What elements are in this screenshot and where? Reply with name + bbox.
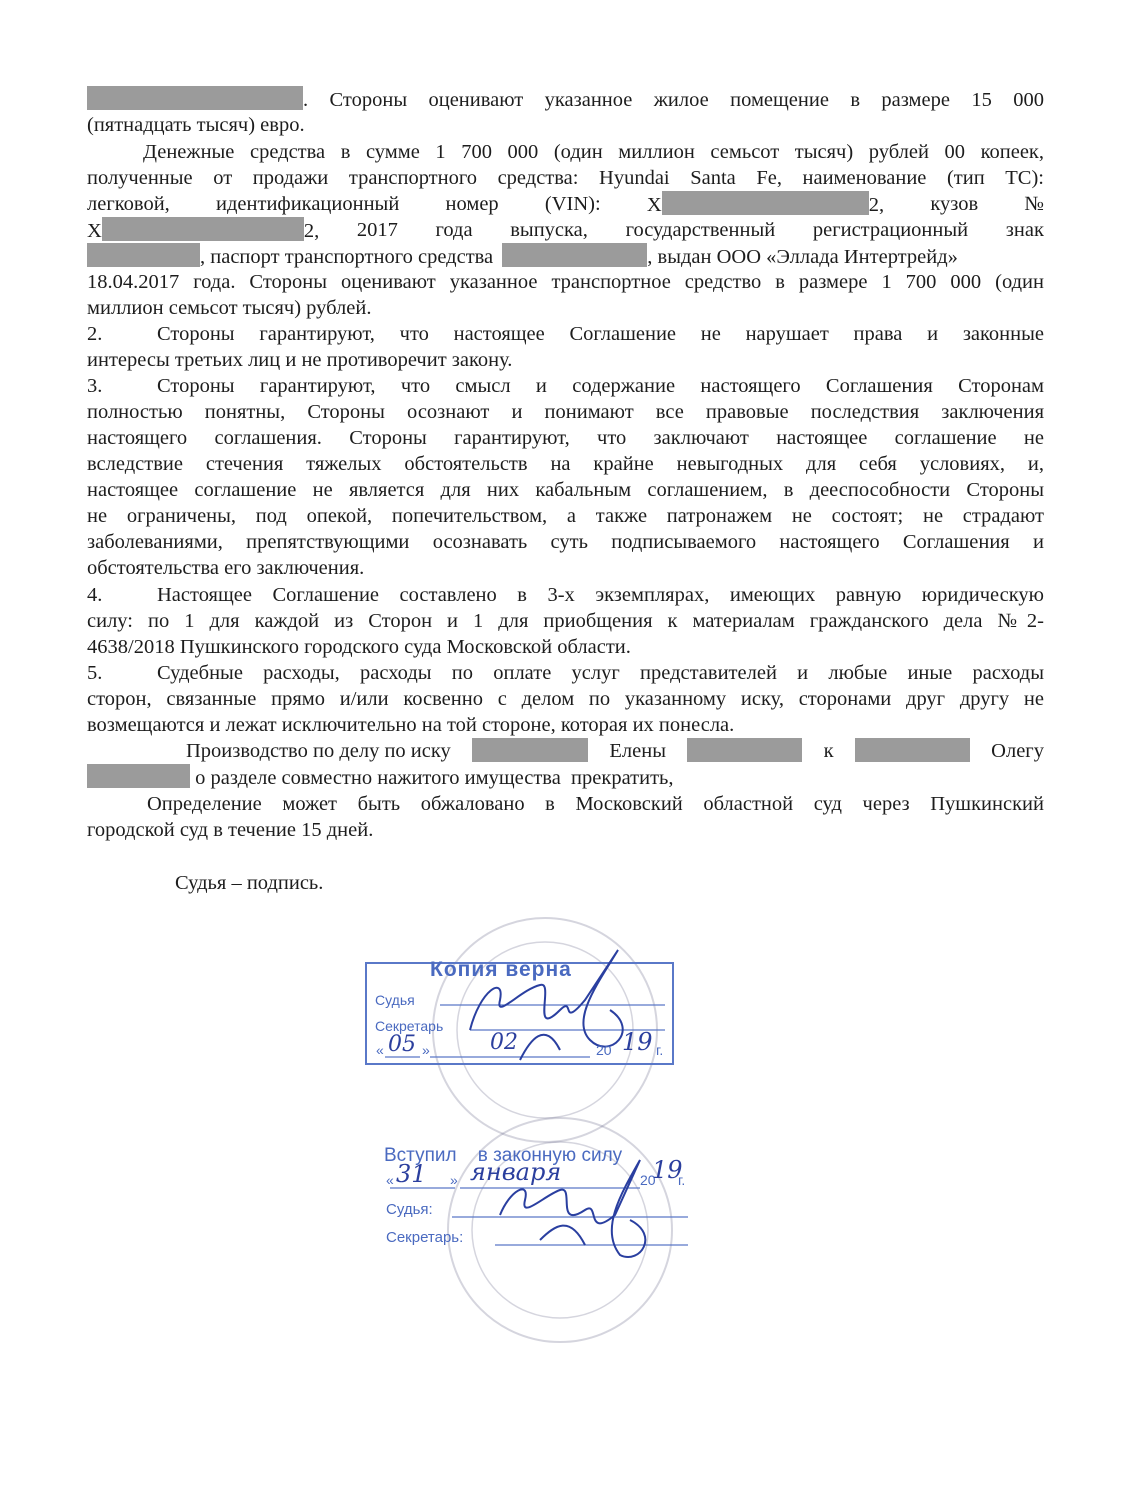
copy-stamp-day: 05 <box>388 1032 416 1057</box>
copy-stamp-open-quote: « <box>376 1042 384 1058</box>
effective-stamp-close-quote: » <box>450 1172 458 1188</box>
copy-stamp-judge-label: Судья <box>375 992 415 1008</box>
court-seal-icons <box>0 0 1125 1500</box>
effective-stamp-month: января <box>470 1158 561 1186</box>
copy-stamp-year-unit: г. <box>656 1042 663 1058</box>
copy-stamp-year-prefix: 20 <box>596 1042 612 1058</box>
effective-stamp-open-quote: « <box>386 1172 394 1188</box>
effective-stamp-secretary-label: Секретарь: <box>386 1229 463 1246</box>
effective-stamp-judge-label: Судья: <box>386 1201 433 1218</box>
copy-stamp-title: Копия верна <box>430 958 572 982</box>
copy-stamp-year-suffix: 19 <box>622 1028 653 1056</box>
copy-stamp-close-quote: » <box>422 1042 430 1058</box>
effective-stamp-day: 31 <box>396 1160 427 1188</box>
copy-stamp-month: 02 <box>490 1030 518 1055</box>
effective-stamp-year-unit: г. <box>678 1172 685 1188</box>
